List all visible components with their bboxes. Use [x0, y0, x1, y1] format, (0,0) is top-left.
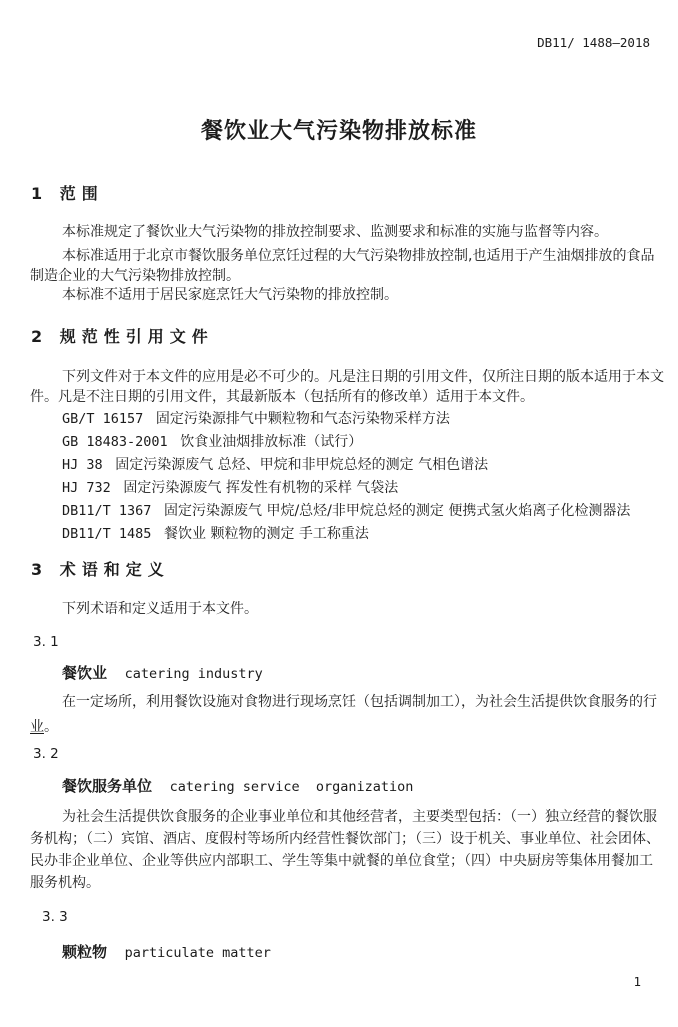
term-3-2-definition-line-1: 为社会生活提供饮食服务的企业事业单位和其他经营者，主要类型包括：（一）独立经营的…: [62, 809, 657, 826]
reference-code: DB11/T 1485: [62, 526, 151, 542]
term-3-2-definition-line-2: 务机构；（二）宾馆、酒店、度假村等场所内经营性餐饮部门；（三）设于机关、事业单位…: [30, 831, 660, 848]
reference-title: 固定污染源排气中颗粒物和气态污染物采样方法: [156, 411, 450, 427]
term-3-3-zh: 颗粒物: [62, 943, 107, 961]
reference-code: DB11/T 1367: [62, 503, 151, 519]
term-3-2-number: 3. 2: [33, 746, 59, 763]
term-3-3-number: 3. 3: [42, 909, 68, 926]
term-3-1-en: catering industry: [125, 666, 263, 682]
reference-item: HJ 732固定污染源废气 挥发性有机物的采样 气袋法: [62, 480, 398, 497]
reference-title: 饮食业油烟排放标准（试行）: [180, 434, 362, 450]
reference-title: 固定污染源废气 甲烷/总烃/非甲烷总烃的测定 便携式氢火焰离子化检测器法: [164, 503, 630, 519]
term-3-1-definition-line-1: 在一定场所，利用餐饮设施对食物进行现场烹饪（包括调制加工），为社会生活提供饮食服…: [62, 694, 657, 711]
scope-paragraph-2-line-2: 制造企业的大气污染物排放控制。: [30, 268, 240, 285]
reference-title: 固定污染源废气 挥发性有机物的采样 气袋法: [123, 480, 398, 496]
refs-intro-line-1: 下列文件对于本文件的应用是必不可少的。凡是注日期的引用文件，仅所注日期的版本适用…: [62, 369, 664, 386]
document-page: DB11/ 1488—2018 餐饮业大气污染物排放标准 1 范围 本标准规定了…: [0, 0, 678, 1027]
reference-item: GB/T 16157固定污染源排气中颗粒物和气态污染物采样方法: [62, 411, 450, 428]
reference-code: GB 18483-2001: [62, 434, 168, 450]
reference-code: GB/T 16157: [62, 411, 143, 427]
section-3-heading: 3 术语和定义: [31, 561, 170, 579]
section-1-heading: 1 范围: [31, 185, 104, 203]
reference-item: DB11/T 1367固定污染源废气 甲烷/总烃/非甲烷总烃的测定 便携式氢火焰…: [62, 503, 630, 520]
underlined-char: 业: [30, 719, 44, 735]
term-3-2-definition-line-4: 服务机构。: [30, 875, 100, 892]
term-3-3-en: particulate matter: [125, 945, 271, 961]
term-3-1-definition-line-2: 业。: [30, 719, 58, 736]
reference-title: 固定污染源废气 总烃、甲烷和非甲烷总烃的测定 气相色谱法: [115, 457, 488, 473]
reference-code: HJ 732: [62, 480, 111, 496]
reference-item: HJ 38固定污染源废气 总烃、甲烷和非甲烷总烃的测定 气相色谱法: [62, 457, 488, 474]
reference-code: HJ 38: [62, 457, 103, 473]
scope-paragraph-3: 本标准不适用于居民家庭烹饪大气污染物的排放控制。: [62, 287, 398, 304]
term-3-2-en: catering service organization: [170, 779, 414, 795]
term-3-1-title: 餐饮业catering industry: [62, 665, 263, 683]
scope-paragraph-1: 本标准规定了餐饮业大气污染物的排放控制要求、监测要求和标准的实施与监督等内容。: [62, 224, 608, 241]
term-3-2-definition-line-3: 民办非企业单位、企业等供应内部职工、学生等集中就餐的单位食堂；（四）中央厨房等集…: [30, 853, 653, 870]
sentence-end: 。: [44, 719, 58, 735]
term-3-3-title: 颗粒物particulate matter: [62, 944, 271, 962]
reference-item: GB 18483-2001饮食业油烟排放标准（试行）: [62, 434, 362, 451]
document-code: DB11/ 1488—2018: [537, 35, 650, 50]
term-3-2-title: 餐饮服务单位catering service organization: [62, 778, 413, 796]
page-number: 1: [633, 974, 641, 989]
term-3-1-number: 3. 1: [33, 634, 59, 651]
section-2-heading: 2 规范性引用文件: [31, 328, 214, 346]
reference-title: 餐饮业 颗粒物的测定 手工称重法: [164, 526, 369, 542]
document-title: 餐饮业大气污染物排放标准: [0, 114, 678, 145]
term-3-2-zh: 餐饮服务单位: [62, 777, 152, 795]
refs-intro-line-2: 件。凡是不注日期的引用文件，其最新版本（包括所有的修改单）适用于本文件。: [30, 389, 534, 406]
scope-paragraph-2-line-1: 本标准适用于北京市餐饮服务单位烹饪过程的大气污染物排放控制,也适用于产生油烟排放…: [62, 248, 654, 265]
reference-item: DB11/T 1485餐饮业 颗粒物的测定 手工称重法: [62, 526, 369, 543]
terms-intro: 下列术语和定义适用于本文件。: [62, 601, 258, 618]
term-3-1-zh: 餐饮业: [62, 664, 107, 682]
